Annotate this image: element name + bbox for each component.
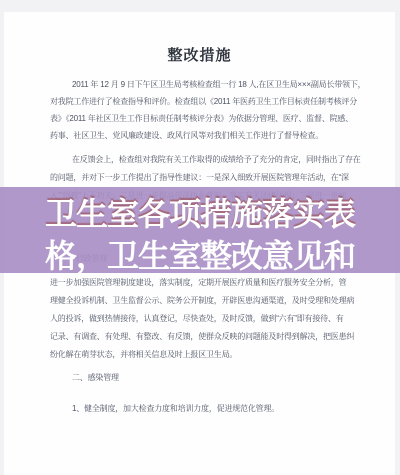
doc-line: 进一步加强医院管理制度建设，落实制度，定期开展医疗质量和医疗服务安全分析，管 <box>50 277 346 288</box>
doc-line: 的问题，并对下一步工作提出了指导性建议：一是深入细致开展医院管理年活动，在“深 <box>50 172 349 183</box>
section-heading: 二、感染管理 <box>72 372 119 383</box>
doc-line: 纷化解在萌芽状态，并将相关信息及时上报区卫生局。 <box>50 349 237 360</box>
doc-line: 药事、社区卫生、党风廉政建设、政风行风等对我们相关工作进行了督导检查。 <box>50 130 323 141</box>
doc-line: 2011 年 12 月 9 日下午区卫生局考核检查组一行 18 人,在区卫生局×… <box>72 79 365 90</box>
doc-line: 对我院工作进行了检查指导和评价。检查组以《2011 年医药卫生工作目标责任制考核… <box>50 96 357 107</box>
overlay-title-line-2: 格，卫生室整改意见和 <box>0 238 400 274</box>
doc-line: 人的投诉，做到热情接待，认真登记，尽快查处，及时反馈，做到“六有”即有接待、有 <box>50 313 344 324</box>
list-item: 1、健全制度，加大检查力度和培训力度，促进规范化管理。 <box>72 403 279 414</box>
doc-line: 记录、有调查、有处理、有整改、有反馈，使群众反映的问题能及时得到解决，把医患纠 <box>50 331 354 342</box>
document-title: 整改措施 <box>4 44 395 65</box>
overlay-title-banner: 卫生室各项措施落实表 格，卫生室整改意见和 <box>0 187 400 273</box>
screenshot-root: 整改措施 2011 年 12 月 9 日下午区卫生局考核检查组一行 18 人,在… <box>0 0 400 475</box>
overlay-title-line-1: 卫生室各项措施落实表 <box>0 196 400 232</box>
doc-line: 表》《2011 年社区卫生工作目标责任制考核评分表》为依据分管理、医疗、监督、院… <box>50 113 353 124</box>
doc-line: 在反馈会上，检查组对我院有关工作取得的成绩给予了充分的肯定，同时指出了存在 <box>72 154 361 165</box>
doc-line: 理健全投诉机制、卫生监督公示、院务公开制度，开辟医患沟通渠道，及时受理和处理病 <box>50 295 354 306</box>
